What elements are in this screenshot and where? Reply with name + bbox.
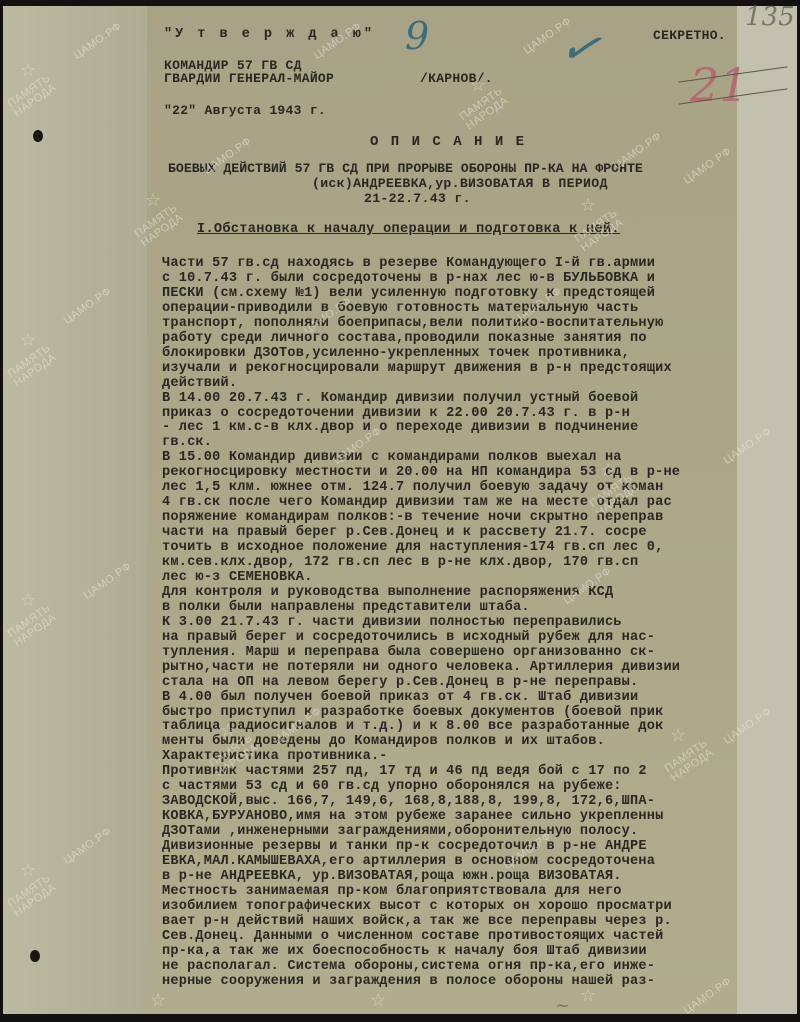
text-line: таблица радиосигналов и т.д.) и к 8.00 в… — [162, 720, 663, 734]
text-line: В 14.00 20.7.43 г. Командир дивизии полу… — [162, 392, 638, 406]
text-line: Характеристика противника.- — [162, 750, 388, 764]
text-line: в полки были направлены представители шт… — [162, 601, 530, 615]
text-line: поряжение командирам полков:-в течение н… — [162, 511, 663, 525]
text-line: Для контроля и руководства выполнение ра… — [162, 586, 613, 600]
text-line: изобилием топографических высот с которы… — [162, 900, 672, 914]
star-icon: ☆ — [20, 60, 36, 81]
text-line: Противник частями 257 пд, 17 тд и 46 пд … — [162, 765, 647, 779]
text-line: - лес 1 км.с-в клх.двор и о переходе див… — [162, 421, 638, 435]
text-line: ПЕСКИ (см.схему №1) вели усиленную подго… — [162, 287, 655, 301]
text-line: в р-не АНДРЕЕВКА, ур.ВИЗОВАТАЯ,роща южн.… — [162, 870, 622, 884]
text-line: Дивизионные резервы и танки пр-к сосредо… — [162, 840, 647, 854]
text-line: ЕВКА,МАЛ.КАМЫШЕВАХА,его артиллерия в осн… — [162, 855, 655, 869]
star-icon: ☆ — [220, 720, 236, 741]
text-line: лес ю-з СЕМЕНОВКА. — [162, 571, 312, 585]
classification-label: СЕКРЕТНО. — [653, 29, 726, 42]
star-icon: ☆ — [370, 990, 386, 1011]
star-icon: ☆ — [580, 985, 596, 1006]
text-line: В 15.00 Командир дивизии с командирами п… — [162, 451, 622, 465]
text-line: гв.ск. — [162, 436, 212, 450]
text-line: тупления. Марш и переправа была совершен… — [162, 646, 655, 660]
text-line: блокировки ДЗОТов,усиленно-укрепленных т… — [162, 347, 630, 361]
text-line: не располагал. Система обороны,система о… — [162, 960, 655, 974]
text-line: быстро приступил к разработке боевых док… — [162, 706, 663, 720]
star-icon: ☆ — [580, 195, 596, 216]
star-icon: ☆ — [20, 860, 36, 881]
text-line: Сев.Донец. Данными о численном составе п… — [162, 930, 663, 944]
document-title-line3: 21-22.7.43 г. — [364, 192, 471, 205]
approval-date: "22" Августа 1943 г. — [164, 104, 326, 117]
punch-hole — [30, 950, 40, 962]
text-line: Местность занимаемая пр-ком благоприятст… — [162, 885, 622, 899]
text-line: К 3.00 21.7.43 г. части дивизии полность… — [162, 616, 622, 630]
text-line: изучали и рекогносцировали маршрут движе… — [162, 362, 672, 376]
text-line: на правый берег и сосредоточились в исхо… — [162, 631, 655, 645]
text-line: транспорт, пополняли боеприпасы,вели пол… — [162, 317, 663, 331]
star-icon: ☆ — [150, 990, 166, 1011]
text-line: с частями 53 сд и 60 гв.сд упорно оборон… — [162, 780, 622, 794]
text-line: действий. — [162, 377, 237, 391]
page-number-handwritten: 21 — [690, 58, 749, 112]
section-heading: I.Обстановка к началу операции и подгото… — [197, 223, 620, 237]
text-line: рытно,части не потеряли ни одного челове… — [162, 661, 680, 675]
text-line: вает р-н действий наших войск,а так же в… — [162, 915, 672, 929]
document-heading: О П И С А Н И Е — [370, 135, 526, 149]
text-line: стала на ОП на левом берегу р.Сев.Донец … — [162, 676, 638, 690]
next-page-edge — [737, 6, 797, 1014]
star-icon: ☆ — [20, 590, 36, 611]
text-line: ЗАВОДСКОЙ,выс. 166,7, 149,6, 168,8,188,8… — [162, 795, 655, 809]
star-icon: ☆ — [470, 75, 486, 96]
text-line: ДЗОТами ,инженерными заграждениями,оборо… — [162, 825, 638, 839]
commander-rank: ГВАРДИИ ГЕНЕРАЛ-МАЙОР — [164, 72, 334, 85]
approval-stamp: "У т в е р ж д а ю" — [164, 28, 375, 42]
text-line: операции-приводили в боевую готовность м… — [162, 302, 638, 316]
star-icon: ☆ — [20, 330, 36, 351]
text-line: приказ о сосредоточении дивизии к 22.00 … — [162, 407, 630, 421]
text-line: части на правый берег р.Сев.Донец и к ра… — [162, 526, 647, 540]
punch-hole — [33, 130, 43, 142]
star-icon: ☆ — [600, 460, 616, 481]
star-icon: ☆ — [670, 725, 686, 746]
document-title-line2: (иск)АНДРЕЕВКА,ур.ВИЗОВАТАЯ В ПЕРИОД — [312, 177, 608, 190]
text-line: пр-ка,а так же их боеспособность к начал… — [162, 945, 647, 959]
text-line: работу среди личного состава,проводили п… — [162, 332, 647, 346]
handwritten-signature: ~ — [555, 995, 570, 1016]
text-line: В 4.00 был получен боевой приказ от 4 гв… — [162, 691, 638, 705]
document-title-line1: БОЕВЫХ ДЕЙСТВИЙ 57 ГВ СД ПРИ ПРОРЫВЕ ОБО… — [168, 162, 643, 175]
archive-sheet-number: 135 — [745, 2, 795, 32]
text-line: точить в исходное положение для наступле… — [162, 541, 663, 555]
text-line: КОВКА,БУРУАНОВО,имя на этом рубеже заран… — [162, 810, 663, 824]
text-line: с 10.7.43 г. были сосредоточены в р-нах … — [162, 272, 655, 286]
text-line: лес 1,5 клм. южнее отм. 124.7 получил бо… — [162, 481, 663, 495]
handwritten-mark: 9 — [405, 14, 429, 58]
text-line: 4 гв.ск после чего Командир дивизии там … — [162, 496, 672, 510]
text-line: Части 57 гв.сд находясь в резерве Команд… — [162, 257, 655, 271]
star-icon: ☆ — [145, 190, 161, 211]
text-line: км.сев.клх.двор, 172 гв.сп лес в р-не кл… — [162, 556, 638, 570]
